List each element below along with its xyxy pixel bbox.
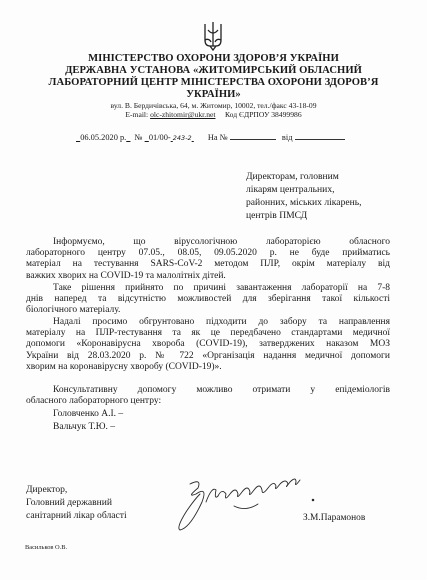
contact-valchuk: Вальчук Т.Ю. – bbox=[53, 421, 115, 434]
letterhead-ministry: МІНІСТЕРСТВО ОХОРОНИ ЗДОРОВ’Я УКРАЇНИ bbox=[0, 53, 427, 64]
signer-name: З.М.Парамонов bbox=[303, 513, 365, 523]
body-line: важких хворих на COVID-19 та малолітніх … bbox=[26, 271, 390, 282]
position-line: Директор, bbox=[26, 483, 127, 496]
body-line: Таке рішення прийнято по причині заванта… bbox=[26, 283, 390, 294]
contact-holovchenko: Головченко А.І. – bbox=[53, 408, 123, 421]
trident-icon bbox=[202, 20, 224, 52]
letterhead-contacts: E-mail: olc-zhitomir@ukr.net Код ЄДРПОУ … bbox=[0, 110, 427, 119]
signer-position: Директор, Головний державний санітарний … bbox=[26, 483, 127, 522]
body-line: матеріал на тестування SARS-CoV-2 методо… bbox=[26, 259, 390, 270]
outgoing-date: 06.05.2020 р. bbox=[76, 133, 130, 142]
email-label: E-mail: bbox=[125, 110, 148, 119]
email-link[interactable]: olc-zhitomir@ukr.net bbox=[150, 110, 215, 119]
handwritten-signature bbox=[150, 472, 330, 534]
outgoing-number: 01/00- 243-2 bbox=[145, 133, 194, 142]
reference-line: 06.05.2020 р. № 01/00- 243-2 На № від bbox=[76, 131, 345, 142]
letterhead-institution-line2: ЛАБОРАТОРНИЙ ЦЕНТР МІНІСТЕРСТВА ОХОРОНИ … bbox=[0, 77, 427, 88]
reply-to-number-blank bbox=[230, 131, 276, 140]
letterhead-institution-line1: ДЕРЖАВНА УСТАНОВА «ЖИТОМИРСЬКИЙ ОБЛАСНИЙ bbox=[0, 65, 427, 76]
edrpou-code: Код ЄДРПОУ 38499986 bbox=[225, 110, 302, 119]
paragraph-1: Інформуємо, що вірусологічною лабораторі… bbox=[26, 237, 390, 282]
position-line: санітарний лікар області bbox=[26, 509, 127, 522]
body-line: допомоги «Коронавірусна хвороба (COVID-1… bbox=[26, 339, 390, 350]
executor-name: Васильков О.В. bbox=[25, 544, 67, 551]
paragraph-4: Консультативну допомогу можливо отримати… bbox=[26, 385, 390, 407]
from-label: від bbox=[282, 133, 293, 142]
body-line: днів наперед та відсутністю можливостей … bbox=[26, 294, 390, 305]
addressee-line: районних, міських лікарень, bbox=[246, 196, 362, 209]
paragraph-3: Надалі просимо обгрунтовано підходити до… bbox=[26, 317, 390, 373]
position-line: Головний державний bbox=[26, 496, 127, 509]
addressee-line: Директорам, головним bbox=[246, 170, 362, 183]
addressee-line: центрів ПМСД bbox=[246, 209, 362, 222]
letterhead-institution-line3: УКРАЇНИ» bbox=[0, 89, 427, 100]
body-line: України від 28.03.2020 р. № 722 «Організ… bbox=[26, 351, 390, 362]
paragraph-2: Таке рішення прийнято по причині заванта… bbox=[26, 283, 390, 317]
body-line: Інформуємо, що вірусологічною лабораторі… bbox=[26, 237, 390, 248]
letterhead-address: вул. В. Бердичівська, 64, м. Житомир, 10… bbox=[0, 101, 427, 110]
body-line: біологічного матеріалу. bbox=[26, 305, 390, 316]
body-line: матеріалу на ПЛР-тестування та як це пер… bbox=[26, 328, 390, 339]
from-date-blank bbox=[295, 131, 345, 140]
body-line: хворим на коронавірусну хворобу (COVID-1… bbox=[26, 362, 390, 373]
letter-page: МІНІСТЕРСТВО ОХОРОНИ ЗДОРОВ’Я УКРАЇНИ ДЕ… bbox=[0, 0, 427, 580]
number-label: № bbox=[135, 133, 143, 142]
body-line: Консультативну допомогу можливо отримати… bbox=[26, 385, 390, 396]
reply-to-label: На № bbox=[208, 133, 228, 142]
body-line: обласного лабораторного центру: bbox=[26, 396, 390, 407]
body-line: Надалі просимо обгрунтовано підходити до… bbox=[26, 317, 390, 328]
body-line: лабораторного центру 07.05., 08.05, 09.0… bbox=[26, 248, 390, 259]
addressee-line: лікарям центральних, bbox=[246, 183, 362, 196]
addressee-block: Директорам, головним лікарям центральних… bbox=[246, 170, 362, 222]
